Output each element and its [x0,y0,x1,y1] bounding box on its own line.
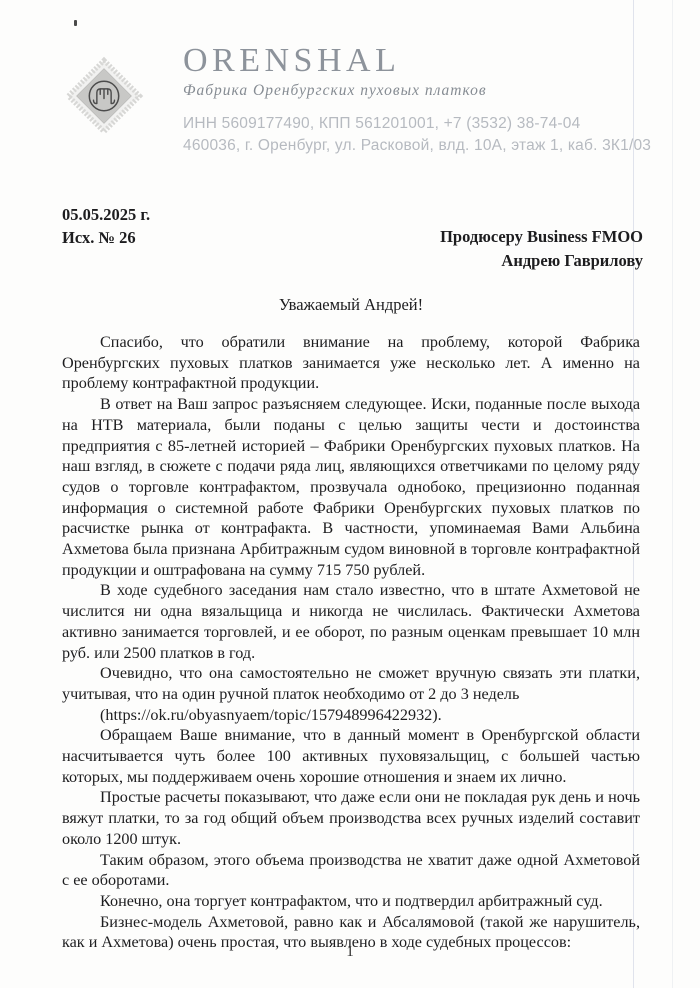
page-number: 1 [0,944,700,961]
paragraph: Простые расчеты показывают, что даже есл… [62,787,640,849]
orenshal-stamp-logo-icon [62,54,146,138]
letter-ref-number: Исх. № 26 [62,226,150,249]
recipient-name: Андрею Гаврилову [440,249,643,273]
recipient-title: Продюсеру Business FMOO [440,225,643,249]
scan-artifact-speck [74,20,77,26]
letter-date: 05.05.2025 г. [62,203,150,226]
paragraph: В ходе судебного заседания нам стало изв… [62,580,640,663]
salutation: Уважаемый Андрей! [62,295,640,315]
letter-page: ORENSHAL Фабрика Оренбургских пуховых пл… [0,0,700,988]
letter-meta: 05.05.2025 г. Исх. № 26 [62,203,150,249]
contact-line-inn-phone: ИНН 5609177490, КПП 561201001, +7 (3532)… [183,113,651,135]
paragraph: Очевидно, что она самостоятельно не смож… [62,663,640,704]
paragraph: Конечно, она торгует контрафактом, что и… [62,891,640,912]
recipient-block: Продюсеру Business FMOO Андрею Гаврилову [440,225,643,273]
contact-line-address: 460036, г. Оренбург, ул. Расковой, влд. … [183,135,651,157]
paragraph: Спасибо, что обратили внимание на пробле… [62,332,640,394]
source-url-text: (https://ok.ru/obyasnyaem/topic/15794899… [62,705,640,726]
letter-body: Спасибо, что обратили внимание на пробле… [62,332,640,953]
scan-artifact-line [672,0,673,988]
brand-tagline: Фабрика Оренбургских пуховых платков [183,82,651,100]
paragraph: Таким образом, этого объема производства… [62,850,640,891]
paragraph: В ответ на Ваш запрос разъясняем следующ… [62,394,640,580]
brand-name: ORENSHAL [183,44,651,78]
paragraph: Обращаем Ваше внимание, что в данный мом… [62,725,640,787]
